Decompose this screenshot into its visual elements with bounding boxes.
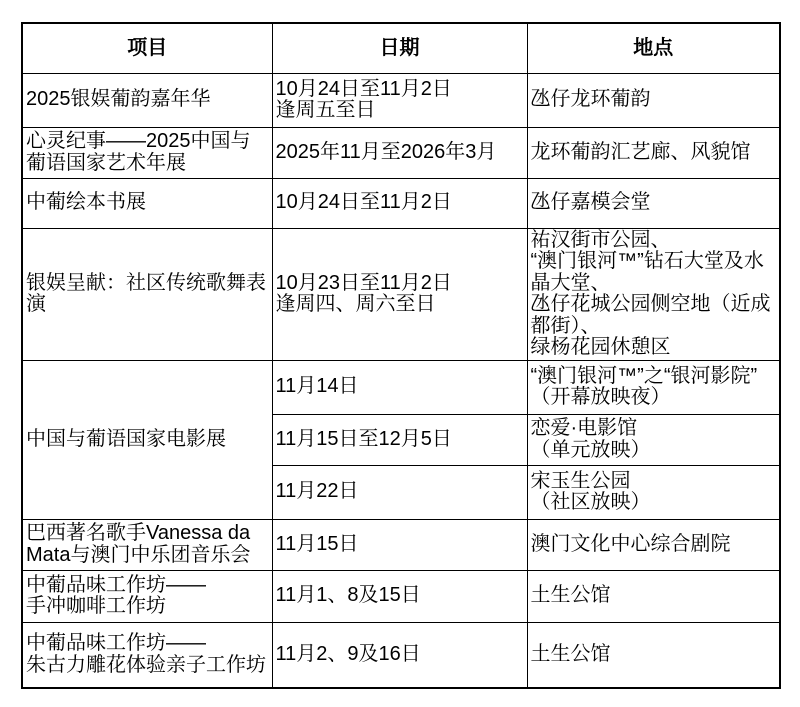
events-table: 项目 日期 地点 2025银娱葡韵嘉年华 10月24日至11月2日 逢周五至日 … — [21, 22, 781, 689]
date-cell: 11月14日 — [272, 360, 527, 414]
item-cell: 2025银娱葡韵嘉年华 — [22, 73, 272, 127]
item-cell: 心灵纪事——2025中国与 葡语国家艺术年展 — [22, 127, 272, 178]
table-row: 心灵纪事——2025中国与 葡语国家艺术年展 2025年11月至2026年3月 … — [22, 127, 780, 178]
table-row: 中葡品味工作坊—— 朱古力雕花体验亲子工作坊 11月2、9及16日 土生公馆 — [22, 622, 780, 688]
location-cell: 龙环葡韵汇艺廊、风貌馆 — [527, 127, 780, 178]
date-cell: 11月2、9及16日 — [272, 622, 527, 688]
header-item: 项目 — [22, 23, 272, 73]
date-cell: 2025年11月至2026年3月 — [272, 127, 527, 178]
table-row: 银娱呈献：社区传统歌舞表 演 10月23日至11月2日 逢周四、周六至日 祐汉街… — [22, 228, 780, 360]
location-cell: 澳门文化中心综合剧院 — [527, 519, 780, 570]
location-cell: “澳门银河™”之“银河影院” （开幕放映夜） — [527, 360, 780, 414]
location-cell: 氹仔嘉模会堂 — [527, 178, 780, 228]
date-cell: 11月15日 — [272, 519, 527, 570]
date-cell: 11月1、8及15日 — [272, 570, 527, 622]
date-cell: 11月15日至12月5日 — [272, 414, 527, 465]
table-row: 巴西著名歌手Vanessa da Mata与澳门中乐团音乐会 11月15日 澳门… — [22, 519, 780, 570]
date-cell: 10月24日至11月2日 逢周五至日 — [272, 73, 527, 127]
item-cell: 银娱呈献：社区传统歌舞表 演 — [22, 228, 272, 360]
item-cell-merged: 中国与葡语国家电影展 — [22, 360, 272, 519]
page: 项目 日期 地点 2025银娱葡韵嘉年华 10月24日至11月2日 逢周五至日 … — [0, 0, 800, 707]
date-cell: 11月22日 — [272, 465, 527, 519]
item-cell: 巴西著名歌手Vanessa da Mata与澳门中乐团音乐会 — [22, 519, 272, 570]
location-cell: 氹仔龙环葡韵 — [527, 73, 780, 127]
location-cell: 恋爱·电影馆 （单元放映） — [527, 414, 780, 465]
item-cell: 中葡品味工作坊—— 手冲咖啡工作坊 — [22, 570, 272, 622]
header-row: 项目 日期 地点 — [22, 23, 780, 73]
table-row: 2025银娱葡韵嘉年华 10月24日至11月2日 逢周五至日 氹仔龙环葡韵 — [22, 73, 780, 127]
table-row: 中国与葡语国家电影展 11月14日 “澳门银河™”之“银河影院” （开幕放映夜） — [22, 360, 780, 414]
location-cell: 土生公馆 — [527, 570, 780, 622]
header-location: 地点 — [527, 23, 780, 73]
location-cell: 土生公馆 — [527, 622, 780, 688]
table-row: 中葡品味工作坊—— 手冲咖啡工作坊 11月1、8及15日 土生公馆 — [22, 570, 780, 622]
header-date: 日期 — [272, 23, 527, 73]
item-cell: 中葡绘本书展 — [22, 178, 272, 228]
table-row: 中葡绘本书展 10月24日至11月2日 氹仔嘉模会堂 — [22, 178, 780, 228]
date-cell: 10月24日至11月2日 — [272, 178, 527, 228]
item-cell: 中葡品味工作坊—— 朱古力雕花体验亲子工作坊 — [22, 622, 272, 688]
date-cell: 10月23日至11月2日 逢周四、周六至日 — [272, 228, 527, 360]
location-cell: 宋玉生公园 （社区放映） — [527, 465, 780, 519]
location-cell: 祐汉街市公园、 “澳门银河™”钻石大堂及水 晶大堂、 氹仔花城公园侧空地（近成 … — [527, 228, 780, 360]
